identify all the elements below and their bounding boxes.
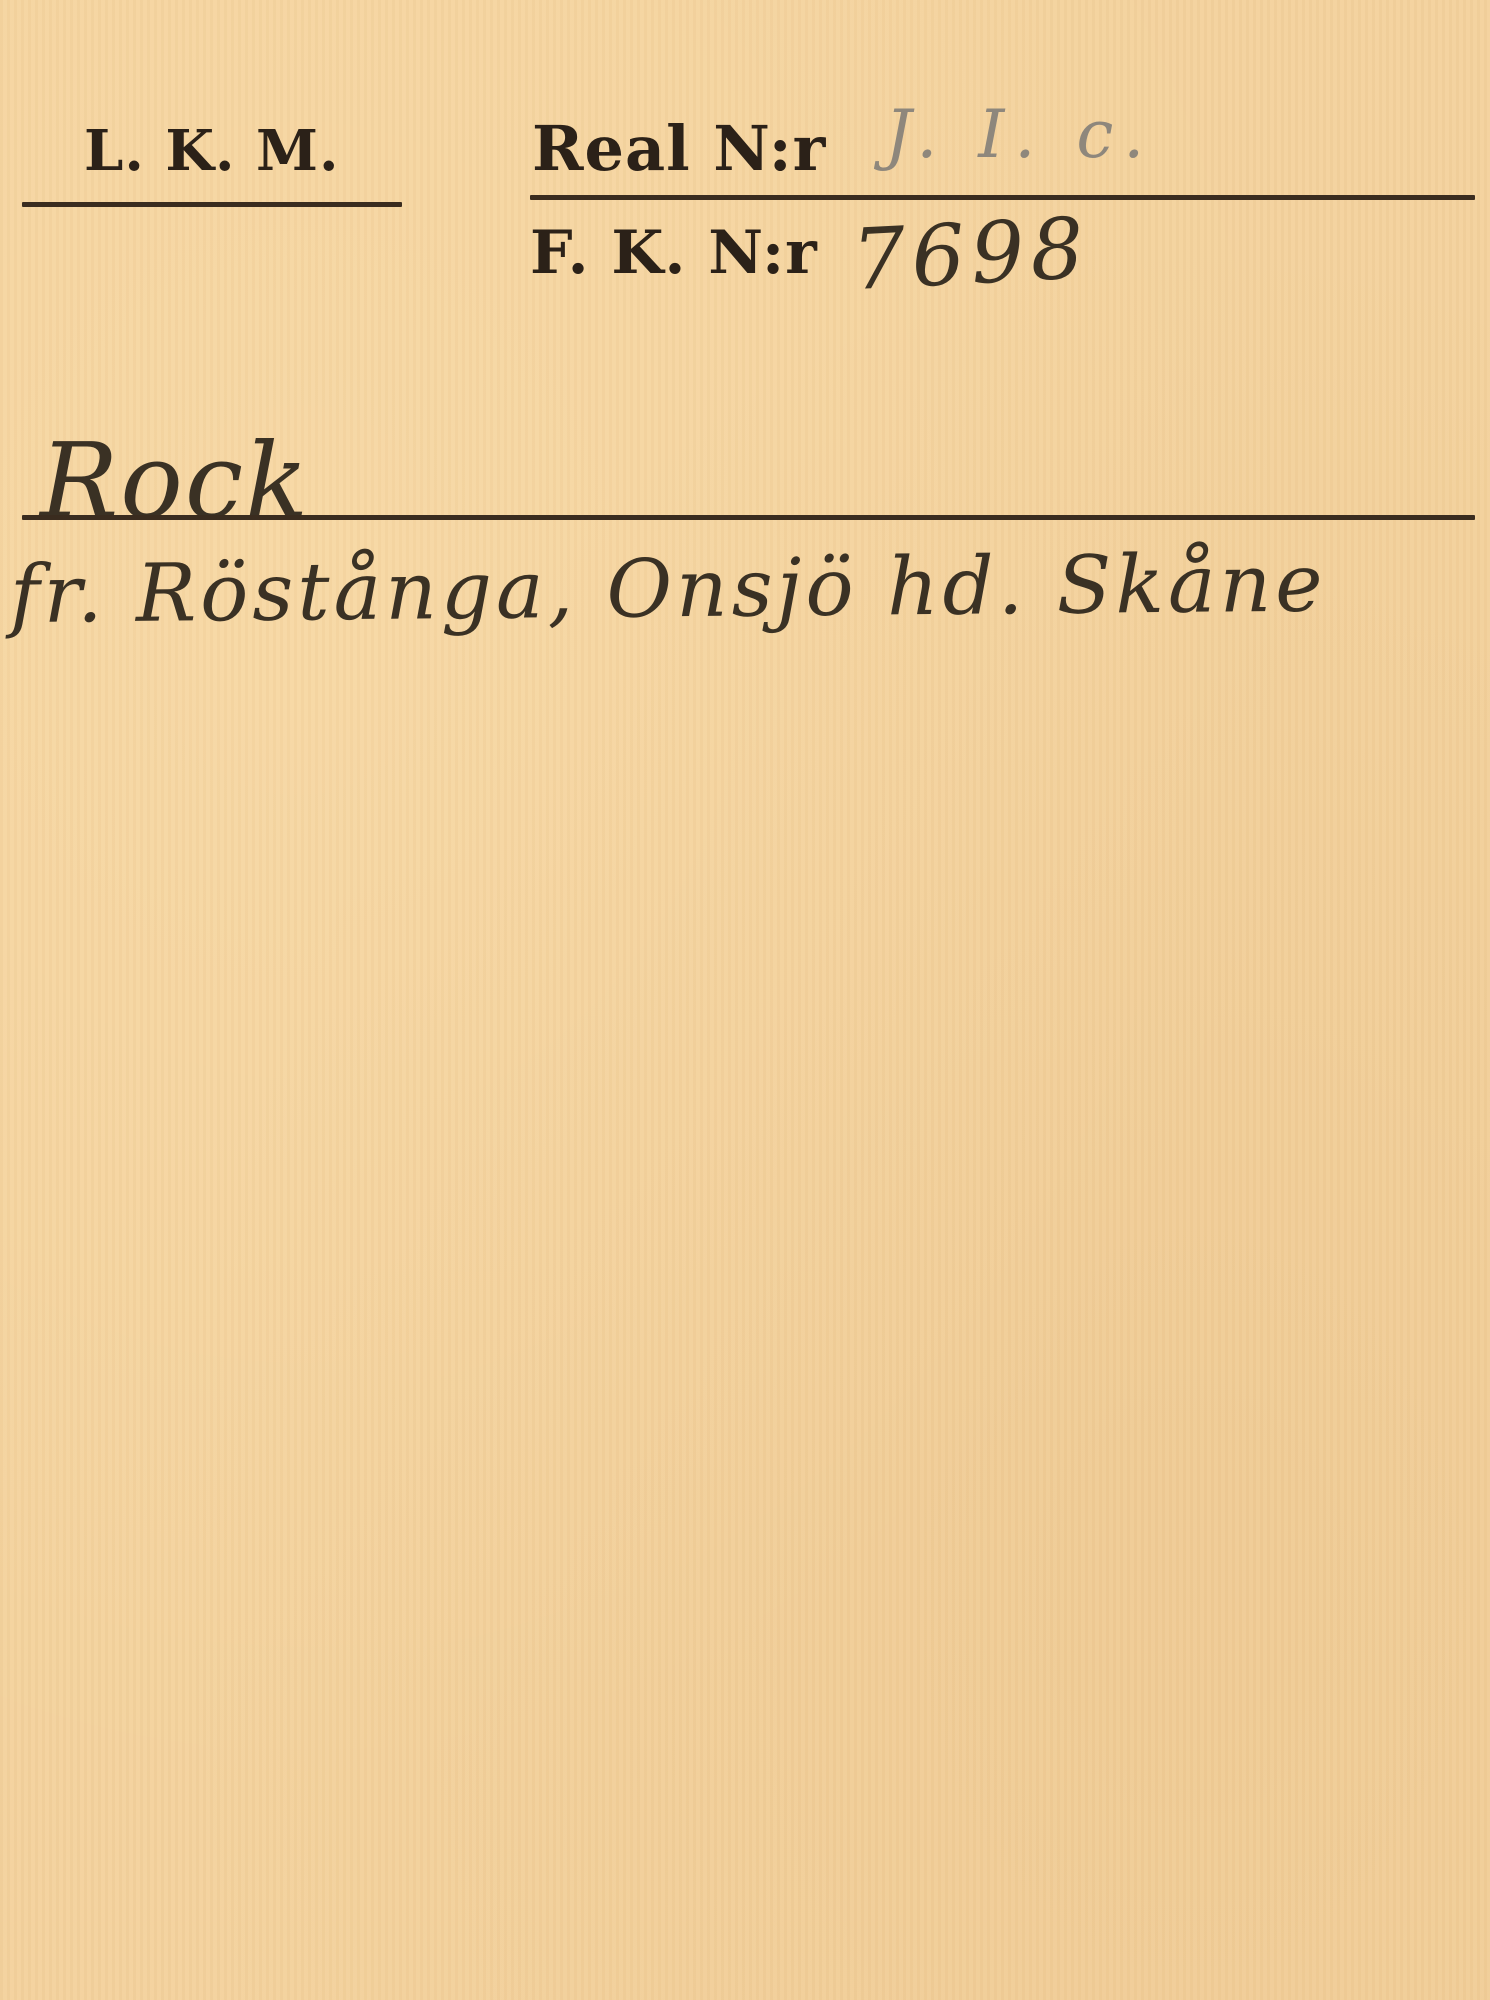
object-name-underline xyxy=(22,515,1475,520)
catalog-card: L. K. M. Real N:r J. I. c. F. K. N:r 769… xyxy=(0,0,1490,2000)
fk-number-value: 7698 xyxy=(850,199,1093,309)
real-number-value: J. I. c. xyxy=(885,96,1154,173)
real-number-label: Real N:r xyxy=(532,112,826,185)
fk-number-label: F. K. N:r xyxy=(530,218,818,288)
institution-underline xyxy=(22,202,402,207)
institution-label: L. K. M. xyxy=(84,118,340,184)
object-name: Rock xyxy=(40,420,310,542)
real-number-underline xyxy=(530,195,1475,200)
provenance-text: fr. Röstånga, Onsjö hd. Skåne xyxy=(10,537,1327,641)
